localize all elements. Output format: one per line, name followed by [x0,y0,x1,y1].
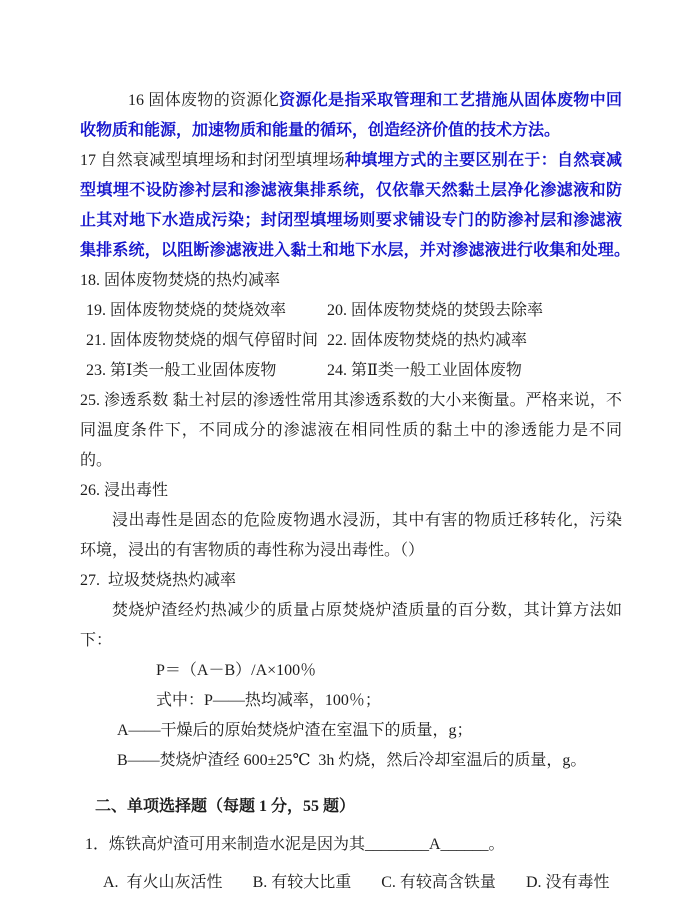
option-a: A. 有火山灰活性 [103,868,223,898]
term-20: 20. 固体废物焚烧的焚毁去除率 [327,296,622,326]
paragraph-term-25: 25. 渗透系数 黏土衬层的渗透性常用其渗透系数的大小来衡量。严格来说，不同温度… [80,386,622,476]
question-1-options: A. 有火山灰活性 B. 有较大比重 C. 有较高含铁量 D. 没有毒性 [80,868,622,898]
term-24: 24. 第Ⅱ类一般工业固体废物 [327,356,622,386]
option-c: C. 有较高含铁量 [381,868,496,898]
term-27-title: 27. 垃圾焚烧热灼减率 [80,566,622,596]
formula-term-b: B——焚烧炉渣经 600±25℃ 3h 灼烧，然后冷却室温后的质量，g。 [80,746,622,776]
question-1-text: 1．炼铁高炉渣可用来制造水泥是因为其________A______。 [80,830,622,860]
term-19: 19. 固体废物焚烧的焚烧效率 [80,296,327,326]
option-d: D. 没有毒性 [526,868,610,898]
term-17-label: 17 自然衰减型填埋场和封闭型填埋场 [80,152,345,169]
exam-document-page: 16 固体废物的资源化资源化是指采取管理和工艺措施从固体废物中回收物质和能源，加… [0,0,700,905]
formula-where: 式中：P——热均减率，100％； [80,686,622,716]
term-26-body: 浸出毒性是固态的危险废物遇水浸沥，其中有害的物质迁移转化，污染环境，浸出的有害物… [80,506,622,566]
term-23: 23. 第Ⅰ类一般工业固体废物 [80,356,327,386]
paragraph-term-16: 16 固体废物的资源化资源化是指采取管理和工艺措施从固体废物中回收物质和能源，加… [80,86,622,146]
term-26-title: 26. 浸出毒性 [80,476,622,506]
term-21: 21. 固体废物焚烧的烟气停留时间 [80,326,327,356]
option-b: B. 有较大比重 [253,868,352,898]
term-16-label: 16 固体废物的资源化 [128,92,279,109]
term-27-body: 焚烧炉渣经灼热减少的质量占原焚烧炉渣质量的百分数，其计算方法如下： [80,596,622,656]
section-2-heading: 二、单项选择题（每题 1 分，55 题） [80,792,622,822]
term-list: 19. 固体废物焚烧的焚烧效率 20. 固体废物焚烧的焚毁去除率 21. 固体废… [80,296,622,386]
formula-block: P＝（A－B）/A×100％ 式中：P——热均减率，100％； A——干燥后的原… [80,656,622,776]
term-22: 22. 固体废物焚烧的热灼减率 [327,326,622,356]
term-row-19-20: 19. 固体废物焚烧的焚烧效率 20. 固体废物焚烧的焚毁去除率 [80,296,622,326]
paragraph-term-17: 17 自然衰减型填埋场和封闭型填埋场种填埋方式的主要区别在于：自然衰减型填埋不设… [80,146,622,296]
formula-term-a: A——干燥后的原始焚烧炉渣在室温下的质量，g； [80,716,622,746]
term-row-23-24: 23. 第Ⅰ类一般工业固体废物 24. 第Ⅱ类一般工业固体废物 [80,356,622,386]
term-row-21-22: 21. 固体废物焚烧的烟气停留时间 22. 固体废物焚烧的热灼减率 [80,326,622,356]
formula-expression: P＝（A－B）/A×100％ [80,656,622,686]
